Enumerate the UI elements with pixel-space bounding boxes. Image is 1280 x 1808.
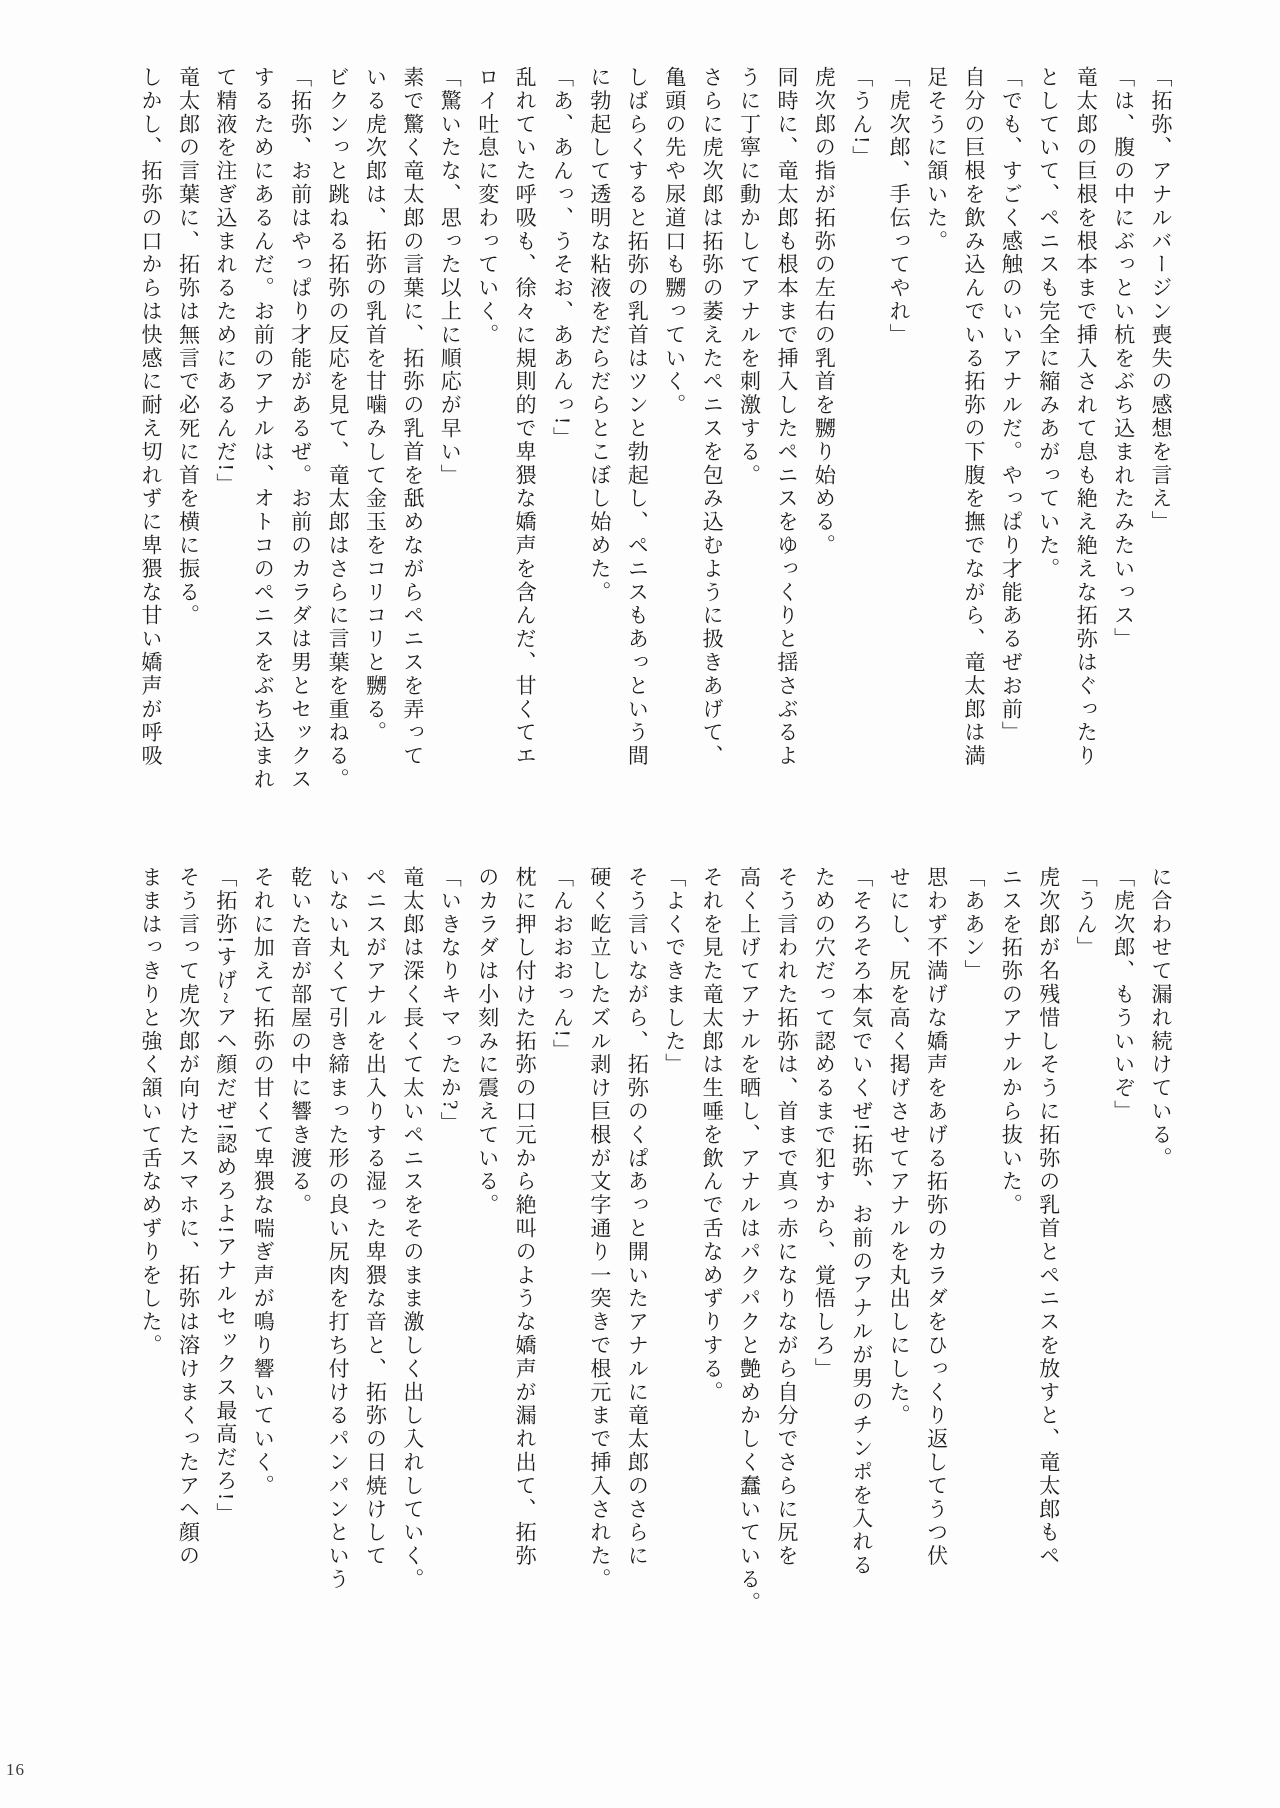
text-line: としていて、ペニスも完全に縮みあがっていた。 (1029, 66, 1066, 846)
text-line: 「そろそろ本気でいくぜ!拓弥、お前のアナルが男のチンポを入れる (842, 866, 879, 1566)
text-line: しばらくすると拓弥の乳首はツンと勃起し、ペニスもあっという間 (618, 66, 655, 846)
text-line: 竜太郎は深く長くて太いペニスをそのまま激しく出し入れしていく。 (393, 866, 430, 1566)
text-line: 「虎次郎、もういいぞ」 (1104, 866, 1141, 1566)
text-line: のカラダは小刻みに震えている。 (468, 866, 505, 1566)
text-line: うに丁寧に動かしてアナルを刺激する。 (730, 66, 767, 846)
text-line: 「ああン」 (955, 866, 992, 1566)
text-line: 「んおおおっん!」 (543, 866, 580, 1566)
scanned-book-page: 「拓弥、アナルバージン喪失の感想を言え」「は、腹の中にぶっとい杭をぶち込まれたみ… (0, 0, 1280, 1808)
vertical-text-block-top: 「拓弥、アナルバージン喪失の感想を言え」「は、腹の中にぶっとい杭をぶち込まれたみ… (131, 66, 1179, 846)
text-line: そう言いながら、拓弥のくぱあっと開いたアナルに竜太郎のさらに (618, 866, 655, 1566)
text-line: いる虎次郎は、拓弥の乳首を甘噛みして金玉をコリコリと嬲る。 (356, 66, 393, 846)
text-line: ペニスがアナルを出入りする湿った卑猥な音と、拓弥の日焼けして (356, 866, 393, 1566)
text-line: に合わせて漏れ続けている。 (1142, 866, 1179, 1566)
text-line: さらに虎次郎は拓弥の萎えたペニスを包み込むように扱きあげて、 (693, 66, 730, 846)
text-line: 高く上げてアナルを晒し、アナルはパクパクと艶めかしく蠢いている。 (730, 866, 767, 1566)
text-line: 「あ、あんっ、うそお、ああんっ!」 (543, 66, 580, 846)
text-line: しかし、拓弥の口からは快感に耐え切れずに卑猥な甘い嬌声が呼吸 (132, 66, 169, 846)
text-line: 竜太郎の巨根を根本まで挿入されて息も絶え絶えな拓弥はぐったり (1067, 66, 1104, 846)
text-line: 「うん!」 (842, 66, 879, 846)
text-line: そう言って虎次郎が向けたスマホに、拓弥は溶けまくったアヘ顔の (169, 866, 206, 1566)
vertical-text-block-bottom: に合わせて漏れ続けている。「虎次郎、もういいぞ」「うん」虎次郎が名残惜しそうに拓… (131, 866, 1179, 1566)
text-line: 虎次郎の指が拓弥の左右の乳首を嬲り始める。 (805, 66, 842, 846)
text-line: 「拓弥、アナルバージン喪失の感想を言え」 (1142, 66, 1179, 846)
text-line: 「拓弥、お前はやっぱり才能があるぜ。お前のカラダは男とセックス (281, 66, 318, 846)
text-line: ロイ吐息に変わっていく。 (468, 66, 505, 846)
text-line: 思わず不満げな嬌声をあげる拓弥のカラダをひっくり返してうつ伏 (917, 866, 954, 1566)
text-line: それを見た竜太郎は生唾を飲んで舌なめずりする。 (693, 866, 730, 1566)
text-line: ビクンっと跳ねる拓弥の反応を見て、竜太郎はさらに言葉を重ねる。 (319, 66, 356, 846)
text-line: せにし、尻を高く掲げさせてアナルを丸出しにした。 (880, 866, 917, 1566)
text-line: 素で驚く竜太郎の言葉に、拓弥の乳首を舐めながらペニスを弄って (393, 66, 430, 846)
text-line: 「よくできました」 (655, 866, 692, 1566)
text-line: 硬く屹立したズル剥け巨根が文字通り一突きで根元まで挿入された。 (581, 866, 618, 1566)
text-line: いない丸くて引き締まった形の良い尻肉を打ち付けるパンパンという (319, 866, 356, 1566)
text-line: 「は、腹の中にぶっとい杭をぶち込まれたみたいっス」 (1104, 66, 1141, 846)
text-line: 枕に押し付けた拓弥の口元から絶叫のような嬌声が漏れ出て、拓弥 (506, 866, 543, 1566)
text-line: するためにあるんだ。お前のアナルは、オトコのペニスをぶち込まれ (244, 66, 281, 846)
text-line: に勃起して透明な粘液をだらだらとこぼし始めた。 (581, 66, 618, 846)
text-line: それに加えて拓弥の甘くて卑猥な喘ぎ声が鳴り響いていく。 (244, 866, 281, 1566)
text-line: ニスを拓弥のアナルから抜いた。 (992, 866, 1029, 1566)
text-line: 竜太郎の言葉に、拓弥は無言で必死に首を横に振る。 (169, 66, 206, 846)
text-line: 「いきなりキマったか?」 (431, 866, 468, 1566)
text-line: ままはっきりと強く頷いて舌なめずりをした。 (132, 866, 169, 1566)
text-line: 乾いた音が部屋の中に響き渡る。 (281, 866, 318, 1566)
text-line: 「虎次郎、手伝ってやれ」 (880, 66, 917, 846)
text-line: 「拓弥!すげ~アヘ顔だぜ!認めろよ!アナルセックス最高だろ!」 (206, 866, 243, 1566)
text-line: ための穴だって認めるまで犯すから、覚悟しろ」 (805, 866, 842, 1566)
text-line: そう言われた拓弥は、首まで真っ赤になりながら自分でさらに尻を (768, 866, 805, 1566)
text-line: 「うん」 (1067, 866, 1104, 1566)
text-line: 足そうに頷いた。 (917, 66, 954, 846)
page-number: 16 (6, 1760, 25, 1780)
text-line: 乱れていた呼吸も、徐々に規則的で卑猥な嬌声を含んだ、甘くてエ (506, 66, 543, 846)
text-line: 亀頭の先や尿道口も嬲っていく。 (655, 66, 692, 846)
text-line: 同時に、竜太郎も根本まで挿入したペニスをゆっくりと揺さぶるよ (768, 66, 805, 846)
text-line: 「驚いたな、思った以上に順応が早い」 (431, 66, 468, 846)
text-line: 「でも、すごく感触のいいアナルだ。やっぱり才能あるぜお前」 (992, 66, 1029, 846)
text-line: 虎次郎が名残惜しそうに拓弥の乳首とペニスを放すと、竜太郎もペ (1029, 866, 1066, 1566)
text-line: て精液を注ぎ込まれるためにあるんだ!」 (206, 66, 243, 846)
text-line: 自分の巨根を飲み込んでいる拓弥の下腹を撫でながら、竜太郎は満 (955, 66, 992, 846)
